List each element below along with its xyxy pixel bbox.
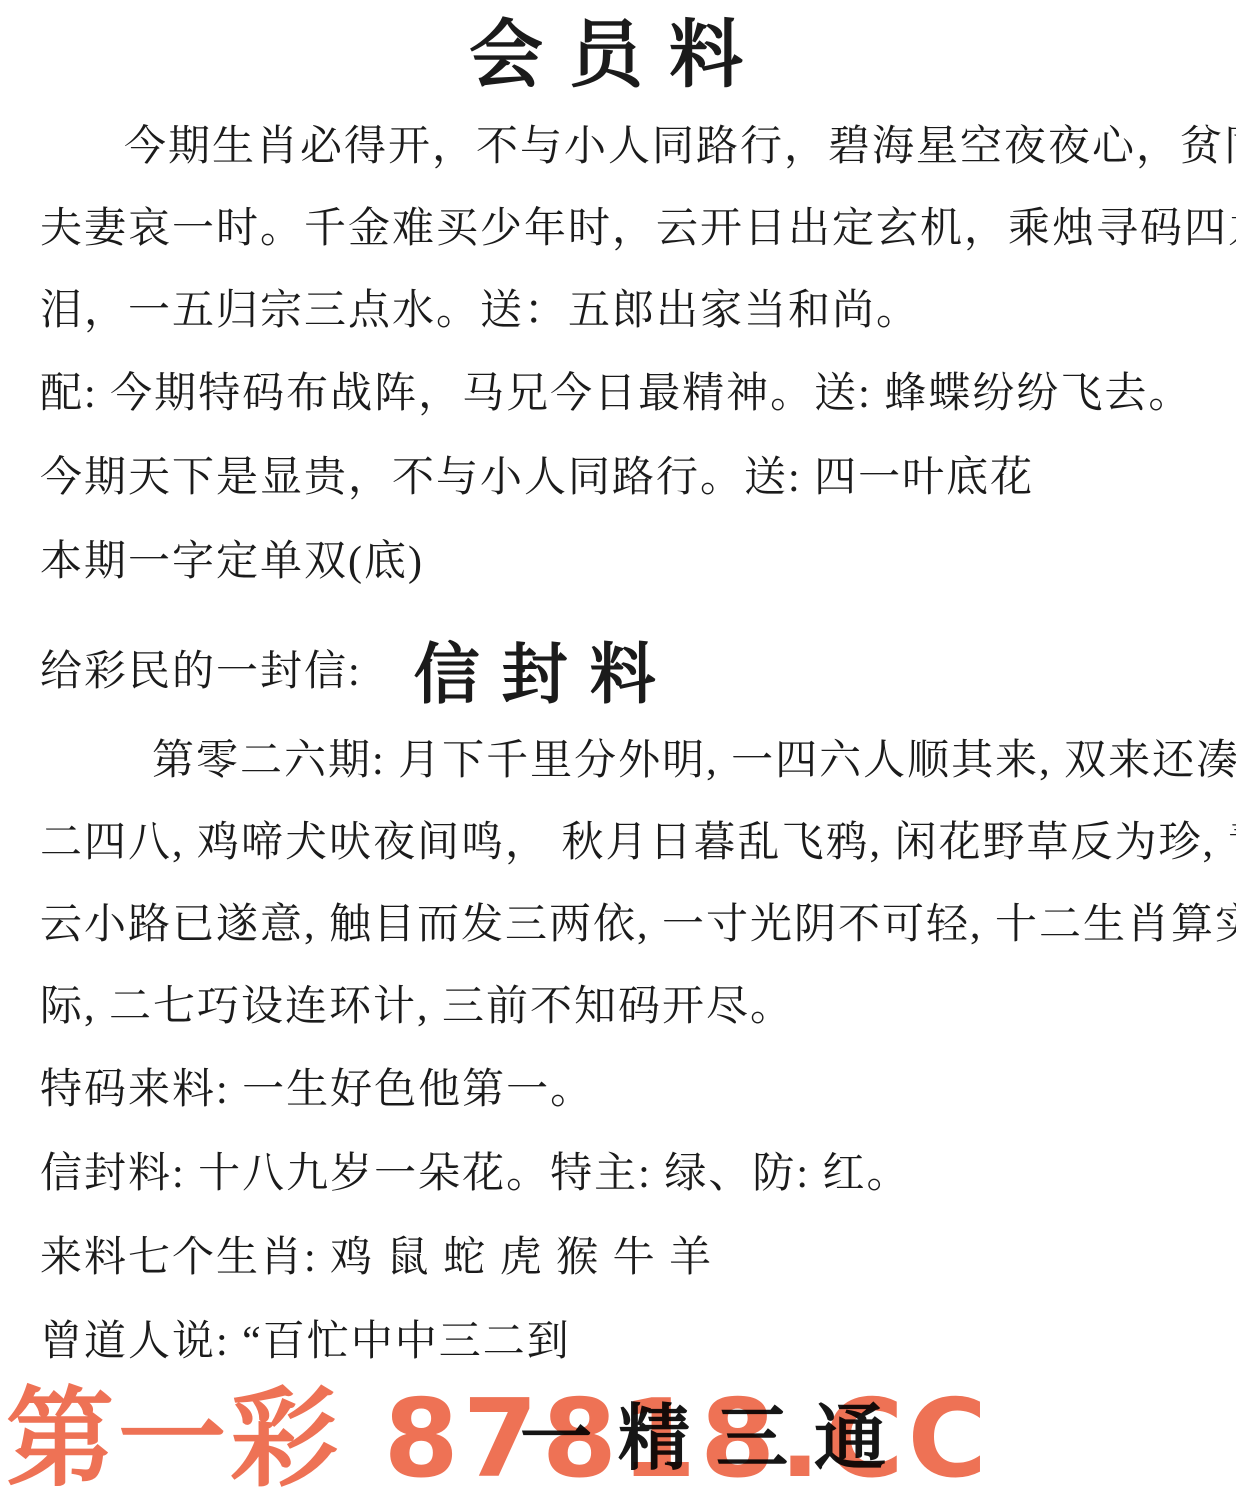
document-page: 会员料 今期生肖必得开，不与小人同路行，碧海星空夜夜心，贫同 夫妻哀一时。千金难… [0, 0, 1236, 1500]
watermark-text: 第一彩 87818.CC [6, 1386, 991, 1494]
member-paragraph: 今期生肖必得开，不与小人同路行，碧海星空夜夜心，贫同 夫妻哀一时。千金难买少年时… [40, 106, 1198, 352]
benqi-line: 本期一字定单双(底) [40, 520, 1198, 604]
xinfeng-line: 信封料: 十八九岁一朵花。特主: 绿、防: 红。 [40, 1132, 1198, 1216]
jinqi-line: 今期天下是显贵，不与小人同路行。送: 四一叶底花 [40, 436, 1198, 520]
envelope-line-4: 际, 二七巧设连环计, 三前不知码开尽。 [40, 966, 1198, 1048]
document-content: 会员料 今期生肖必得开，不与小人同路行，碧海星空夜夜心，贫同 夫妻哀一时。千金难… [0, 0, 1236, 1384]
shengxiao-line: 来料七个生肖: 鸡 鼠 蛇 虎 猴 牛 羊 [40, 1216, 1198, 1300]
envelope-line-2: 二四八, 鸡啼犬吠夜间鸣， 秋月日暮乱飞鸦, 闲花野草反为珍, 青 [40, 802, 1198, 884]
envelope-line-1: 第零二六期: 月下千里分外明, 一四六人顺其来, 双来还凑 [40, 720, 1198, 802]
envelope-paragraph: 第零二六期: 月下千里分外明, 一四六人顺其来, 双来还凑 二四八, 鸡啼犬吠夜… [40, 720, 1198, 1048]
member-line-2: 夫妻哀一时。千金难买少年时，云开日出定玄机，乘烛寻码四九 [40, 188, 1198, 270]
tema-line: 特码来料: 一生好色他第一。 [40, 1048, 1198, 1132]
member-line-3: 泪，一五归宗三点水。送：五郎出家当和尚。 [40, 270, 1198, 352]
footer: 一精三通 第一彩 87818.CC [0, 1350, 1236, 1500]
pei-line: 配: 今期特码布战阵，马兄今日最精神。送: 蜂蝶纷纷飞去。 [40, 352, 1198, 436]
envelope-label: 给彩民的一封信: [40, 638, 362, 698]
page-title: 会员料 [40, 6, 1198, 106]
envelope-title: 信封料 [414, 621, 678, 716]
envelope-header: 给彩民的一封信: 信封料 [40, 616, 1198, 720]
member-line-1: 今期生肖必得开，不与小人同路行，碧海星空夜夜心，贫同 [40, 106, 1198, 188]
envelope-line-3: 云小路已遂意, 触目而发三两依, 一寸光阴不可轻, 十二生肖算实 [40, 884, 1198, 966]
